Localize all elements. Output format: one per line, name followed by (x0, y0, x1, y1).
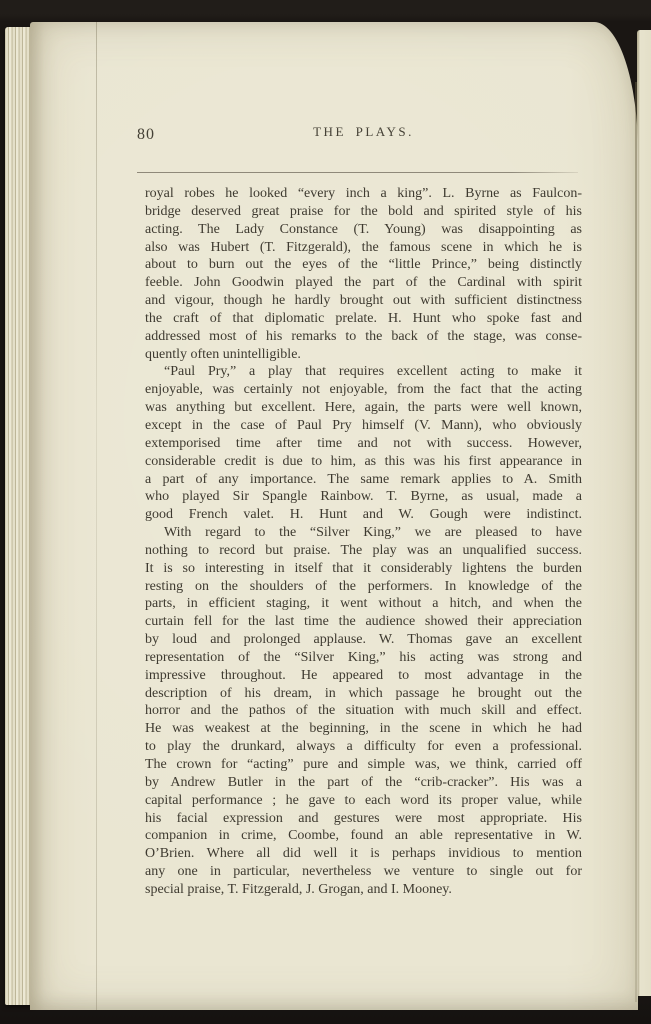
facing-page-edge (637, 30, 651, 996)
text-line: special praise, T. Fitzgerald, J. Grogan… (145, 881, 582, 899)
text-line: curtain fell for the last time the audie… (145, 613, 582, 631)
text-line: addressed most of his remarks to the bac… (145, 328, 582, 346)
text-line: by loud and prolonged applause. W. Thoma… (145, 631, 582, 649)
text-line: except in the case of Paul Pry himself (… (145, 417, 582, 435)
binding-crease (96, 22, 97, 1010)
text-line: his facial expression and gestures were … (145, 810, 582, 828)
text-line: The crown for “acting” pure and simple w… (145, 756, 582, 774)
text-line: about to burn out the eyes of the “littl… (145, 256, 582, 274)
header-rule (137, 172, 578, 173)
text-line: description of his dream, in which passa… (145, 685, 582, 703)
text-line: bridge deserved great praise for the bol… (145, 203, 582, 221)
text-line: and vigour, though he hardly brought out… (145, 292, 582, 310)
text-line: also was Hubert (T. Fitzgerald), the fam… (145, 239, 582, 257)
text-line: the craft of that diplomatic prelate. H.… (145, 310, 582, 328)
running-header: THE PLAYS. (145, 124, 582, 140)
text-line: by Andrew Butler in the part of the “cri… (145, 774, 582, 792)
book-photo-background: 80 THE PLAYS. royal robes he looked “eve… (0, 0, 651, 1024)
text-line: companion in crime, Coombe, found an abl… (145, 827, 582, 845)
text-line: who played Sir Spangle Rainbow. T. Byrne… (145, 488, 582, 506)
text-line: representation of the “Silver King,” his… (145, 649, 582, 667)
text-line: feeble. John Goodwin played the part of … (145, 274, 582, 292)
text-line: extemporised time after time and not wit… (145, 435, 582, 453)
page-stack-edges (5, 27, 32, 1005)
text-line: horror and the pathos of the situation w… (145, 702, 582, 720)
text-line: O’Brien. Where all did well it is perhap… (145, 845, 582, 863)
page-content: 80 THE PLAYS. royal robes he looked “eve… (145, 124, 582, 150)
page-number: 80 (137, 126, 155, 144)
text-line: It is so interesting in itself that it c… (145, 560, 582, 578)
text-line: He was weakest at the beginning, in the … (145, 720, 582, 738)
text-line: capital performance ; he gave to each wo… (145, 792, 582, 810)
text-line: quently often unintelligible. (145, 346, 582, 364)
text-line: impressive throughout. He appeared to mo… (145, 667, 582, 685)
paragraph: With regard to the “Silver King,” we are… (145, 524, 582, 899)
text-line: acting. The Lady Constance (T. Young) wa… (145, 221, 582, 239)
page-edge-crease (635, 82, 637, 1002)
paragraph: “Paul Pry,” a play that requires excelle… (145, 363, 582, 524)
page-header: 80 THE PLAYS. (145, 124, 582, 150)
text-line: royal robes he looked “every inch a king… (145, 185, 582, 203)
paragraph: royal robes he looked “every inch a king… (145, 185, 582, 363)
text-line: to play the drunkard, always a difficult… (145, 738, 582, 756)
text-block: royal robes he looked “every inch a king… (145, 185, 582, 899)
text-line: “Paul Pry,” a play that requires excelle… (145, 363, 582, 381)
text-line: nothing to record but praise. The play w… (145, 542, 582, 560)
text-line: With regard to the “Silver King,” we are… (145, 524, 582, 542)
text-line: resting on the shoulders of the performe… (145, 578, 582, 596)
text-line: good French valet. H. Hunt and W. Gough … (145, 506, 582, 524)
text-line: any one in particular, nevertheless we v… (145, 863, 582, 881)
text-line: considerable credit is due to him, as th… (145, 453, 582, 471)
text-line: a part of any importance. The same remar… (145, 471, 582, 489)
text-line: enjoyable, was certainly not enjoyable, … (145, 381, 582, 399)
text-line: was anything but excellent. Here, again,… (145, 399, 582, 417)
text-line: parts, in efficient staging, it went wit… (145, 595, 582, 613)
page: 80 THE PLAYS. royal robes he looked “eve… (30, 22, 638, 1010)
